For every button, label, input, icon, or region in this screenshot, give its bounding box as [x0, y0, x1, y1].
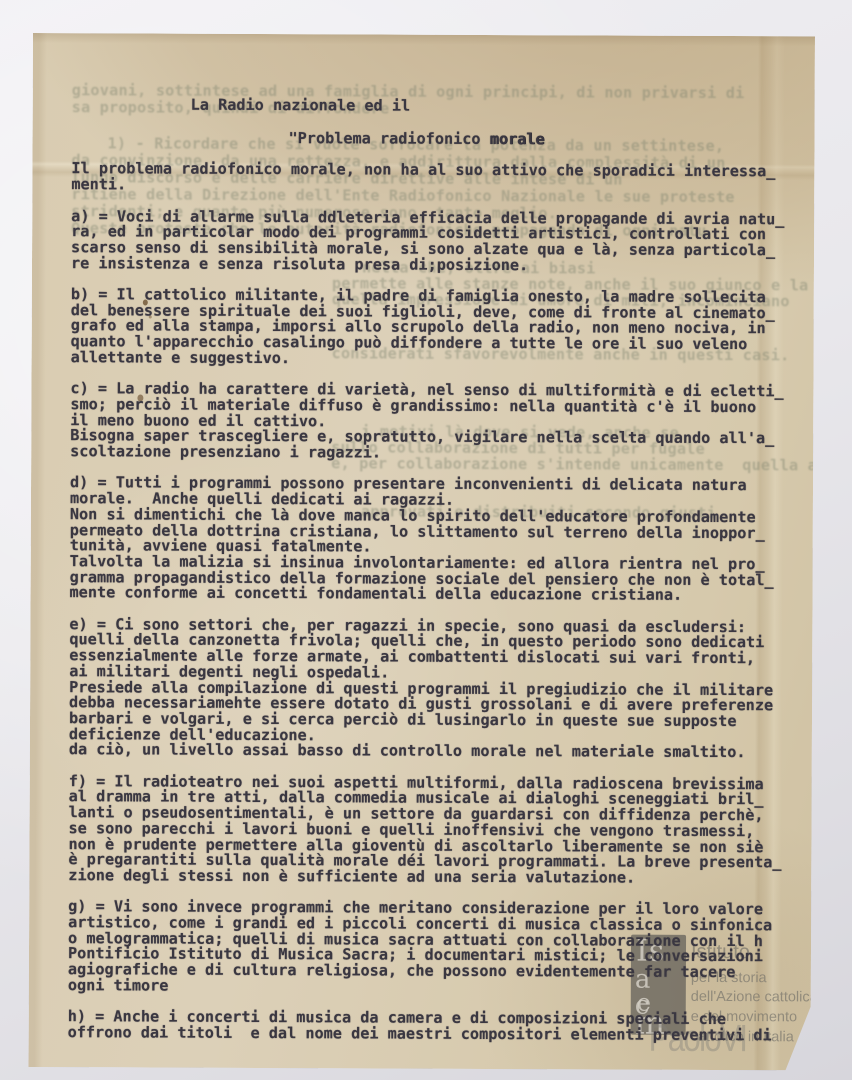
typed-line: da ciò, un livello assai basso di contro…: [69, 743, 804, 762]
scanned-document-photo: { "document": { "title_line1": "La Radio…: [0, 0, 852, 1080]
paragraph-lead: Il problema radiofonico morale, non ha a…: [71, 162, 806, 197]
paragraph-e: e) = Ci sono settori che, per ragazzi in…: [69, 617, 805, 762]
paragraph-b: b) = Il cattolico militante, il padre di…: [71, 287, 806, 369]
paragraph-c: c) = La radio ha carattere di varietà, n…: [70, 381, 805, 463]
document-title-line1: La Radio nazionale ed il: [191, 98, 807, 116]
paragraph-g: g) = Vi sono invece programmi che merita…: [68, 900, 803, 997]
paragraph-d: d) = Tutti i programmi possono presentar…: [70, 476, 806, 605]
paragraph-a: a) = Voci di allarme sulla ddleteria eff…: [71, 209, 806, 275]
document-body: a) = Voci di allarme sulla ddleteria eff…: [68, 209, 807, 1044]
title-prefix: "Problema radiofonico: [289, 129, 490, 148]
typed-line: menti.: [71, 177, 806, 196]
paragraph-f: f) = Il radioteatro nei suoi aspetti mul…: [68, 774, 803, 887]
typed-line: scoltazione presenziano i ragazzi.: [70, 444, 805, 463]
typewritten-text: La Radio nazionale ed il "Problema radio…: [68, 33, 807, 1044]
typed-line: offrono dai titoli e dal nome dei maestr…: [68, 1025, 803, 1044]
document-page: giovani, sottintese ad una famiglia di o…: [28, 33, 815, 1070]
typed-line: zione degli stessi non è sufficiente ad …: [68, 868, 803, 887]
typed-line: Il problema radiofonico morale, non ha a…: [71, 162, 806, 181]
typed-line: agiografiche e di cultura religiosa, che…: [68, 962, 803, 981]
title-emphasis: morale: [490, 130, 545, 148]
paragraph-h: h) = Anche i concerti di musica da camer…: [68, 1009, 803, 1044]
document-title-line2: "Problema radiofonico morale: [289, 131, 807, 149]
